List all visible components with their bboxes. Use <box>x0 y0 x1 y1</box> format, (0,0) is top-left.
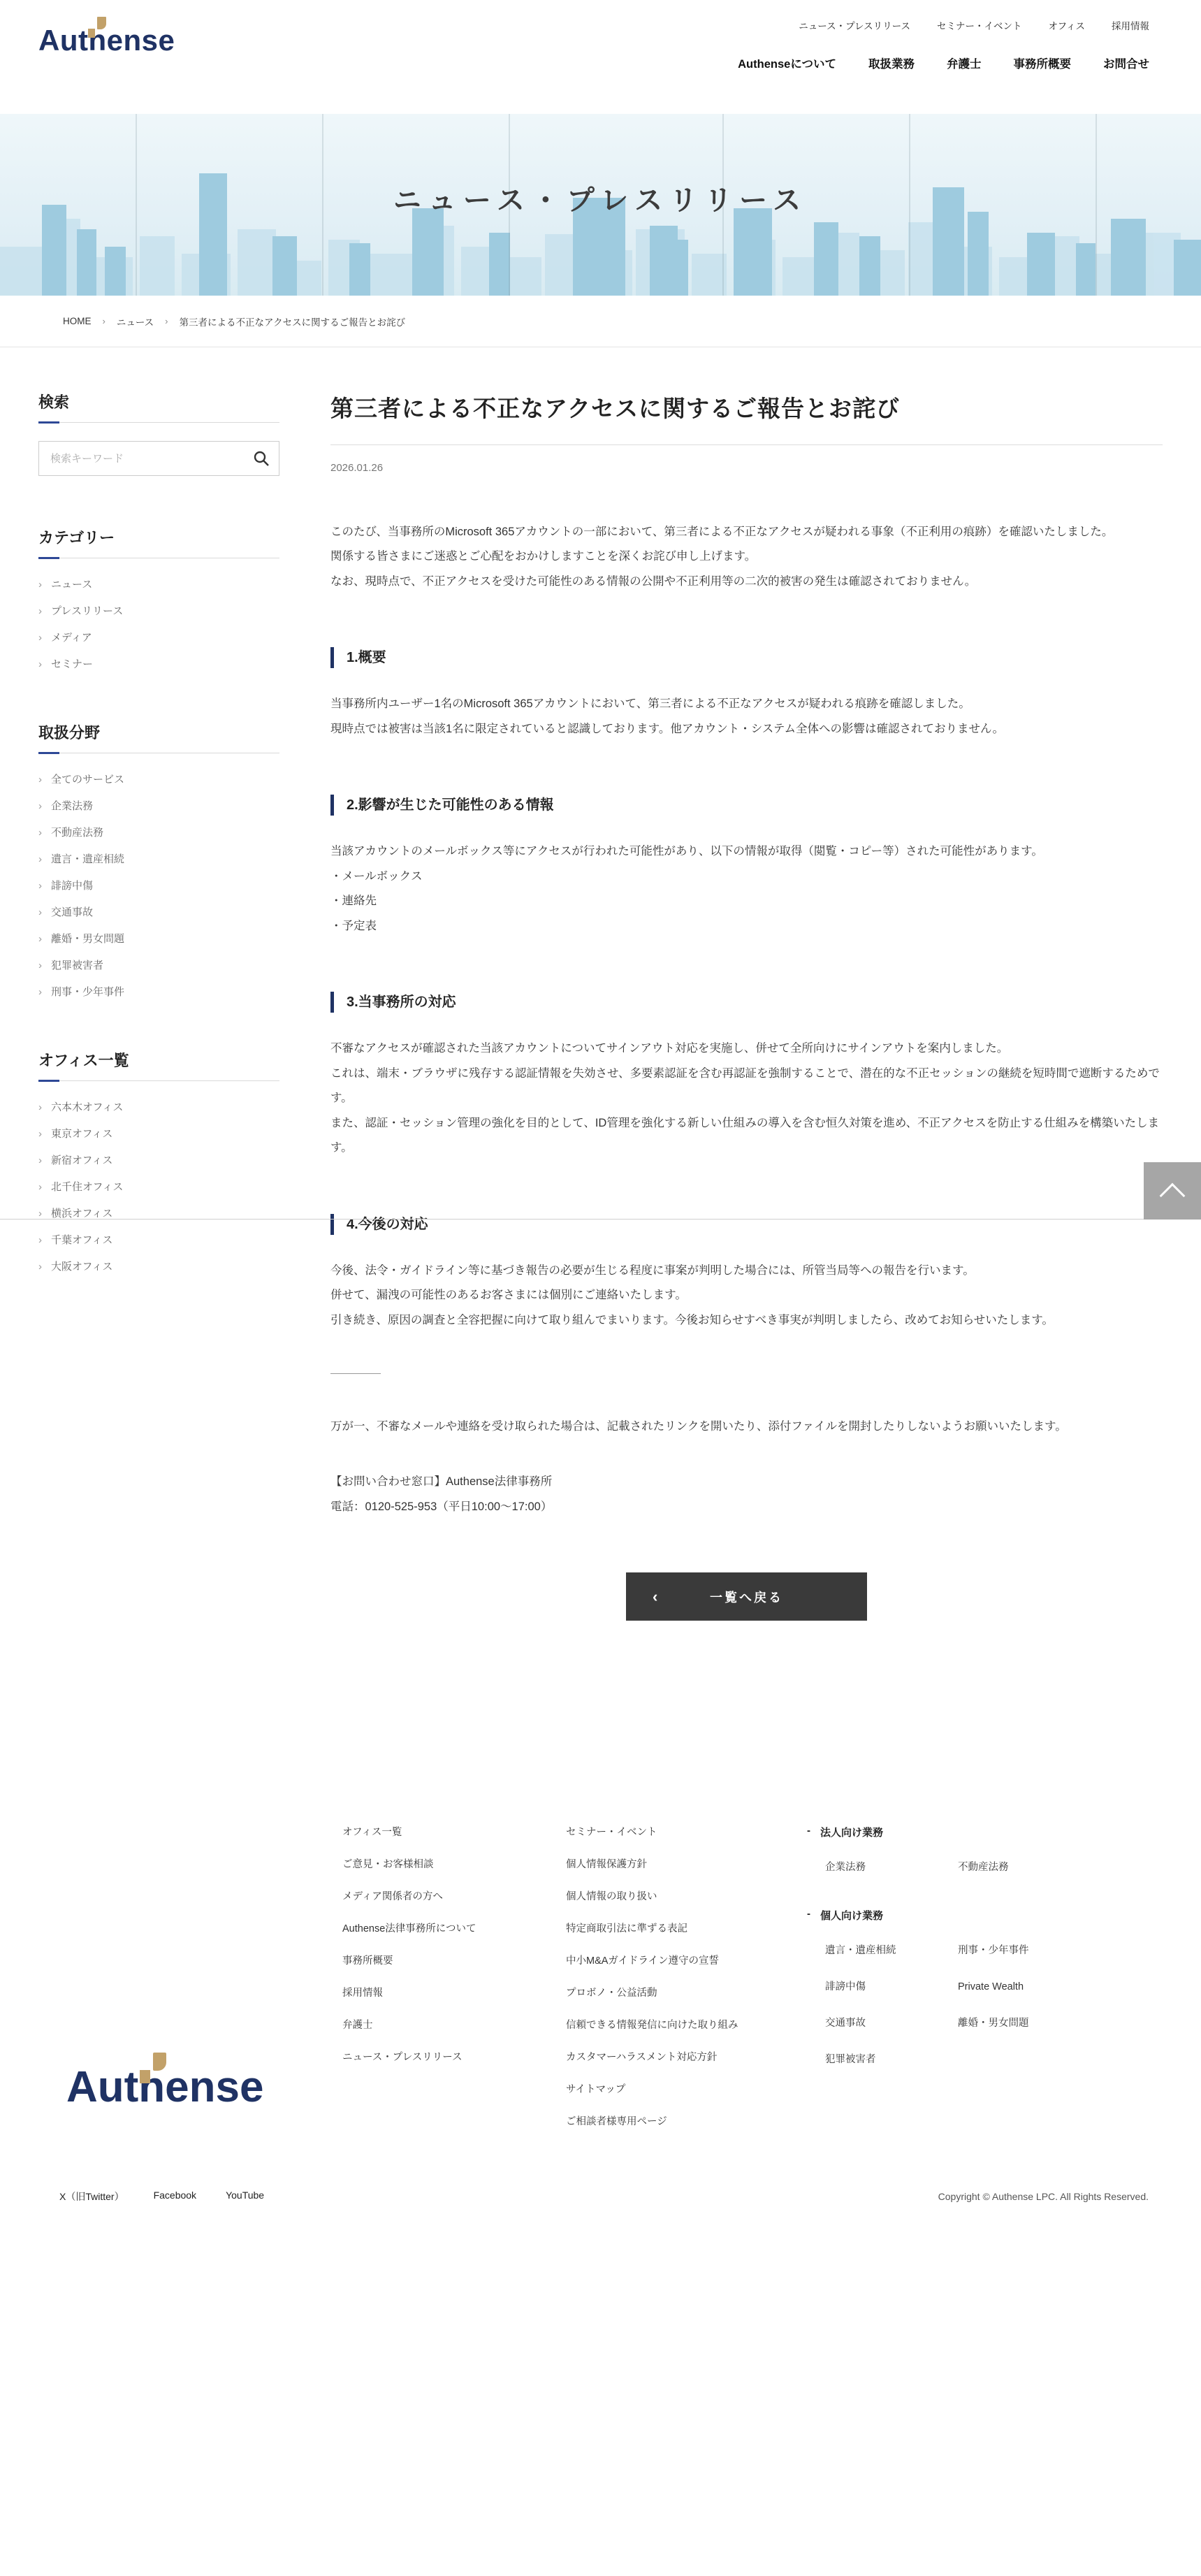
divider <box>38 422 279 423</box>
footer-link[interactable]: プロボノ・公益活動 <box>566 1985 807 2001</box>
contact-line: 電話：0120-525-953（平日10:00〜17:00） <box>330 1495 1163 1519</box>
chevron-right-icon: › <box>38 986 42 998</box>
sidebar-search-heading: 検索 <box>38 391 279 412</box>
contact-line: 【お問い合わせ窓口】Authense法律事務所 <box>330 1470 1163 1494</box>
breadcrumb-separator: › <box>165 316 168 326</box>
divider-accent <box>38 752 59 754</box>
footer-group-title: 法人向け業務 <box>820 1825 883 1839</box>
footer-link[interactable]: 弁護士 <box>342 2018 566 2033</box>
footer-link[interactable]: ご相談者様専用ページ <box>566 2114 807 2129</box>
office-list: ›六本木オフィス ›東京オフィス ›新宿オフィス ›北千住オフィス ›横浜オフィ… <box>38 1099 279 1273</box>
sidebar-search-block: 検索 <box>38 391 279 476</box>
footer-link[interactable]: Private Wealth <box>958 1980 1149 1994</box>
logo-accent-square <box>88 29 95 38</box>
article-date: 2026.01.26 <box>330 462 1163 474</box>
footer-logo-column: Authense <box>66 1825 342 2146</box>
sidebar-office-item[interactable]: ›北千住オフィス <box>38 1179 279 1194</box>
bullet-item: ・連絡先 <box>330 889 1163 913</box>
body-paragraph: 当事務所内ユーザー1名のMicrosoft 365アカウントにおいて、第三者によ… <box>330 692 1163 716</box>
divider <box>38 558 279 558</box>
sidebar-practice-item[interactable]: ›犯罪被害者 <box>38 957 279 972</box>
chevron-right-icon: › <box>38 853 42 865</box>
sidebar-categories-heading: カテゴリー <box>38 526 279 548</box>
sidebar-item-label: 千葉オフィス <box>51 1232 112 1247</box>
utility-nav-office[interactable]: オフィス <box>1048 18 1085 32</box>
sidebar-category-item[interactable]: ›プレスリリース <box>38 603 279 618</box>
section-body: 今後、法令・ガイドライン等に基づき報告の必要が生じる程度に事案が判明した場合には… <box>330 1259 1163 1333</box>
social-links: X（旧Twitter） Facebook YouTube <box>59 2190 264 2204</box>
footer-link[interactable]: サイトマップ <box>566 2082 807 2097</box>
section-heading: 3.当事務所の対応 <box>330 992 1163 1013</box>
section-heading: 4.今後の対応 <box>330 1214 1163 1235</box>
section-body: 不審なアクセスが確認された当該アカウントについてサインアウト対応を実施し、併せて… <box>330 1036 1163 1160</box>
footer-corporate-heading: - 法人向け業務 <box>807 1825 1149 1839</box>
main-nav-contact[interactable]: お問合せ <box>1103 55 1149 71</box>
footer-link[interactable]: 犯罪被害者 <box>825 2053 949 2067</box>
sidebar-office-item[interactable]: ›横浜オフィス <box>38 1206 279 1220</box>
footer-link[interactable]: ニュース・プレスリリース <box>342 2050 566 2065</box>
divider-accent <box>38 421 59 424</box>
search-icon <box>253 450 270 467</box>
divider-accent <box>38 557 59 559</box>
footer-link[interactable]: メディア関係者の方へ <box>342 1889 566 1904</box>
chevron-right-icon: › <box>38 960 42 971</box>
practice-list: ›全てのサービス ›企業法務 ›不動産法務 ›遺言・遺産相続 ›誹謗中傷 ›交通… <box>38 772 279 999</box>
body-paragraph: これは、端末・ブラウザに残存する認証情報を失効させ、多要素認証を含む再認証を強制… <box>330 1062 1163 1111</box>
footer-link[interactable]: 事務所概要 <box>342 1953 566 1969</box>
chevron-right-icon: › <box>38 658 42 670</box>
content-area: 検索 カテゴリー ›ニュース ›プレスリリース ›メディア ›セミナー <box>0 347 1201 1795</box>
site-header: Authense ニュース・プレスリリース セミナー・イベント オフィス 採用情… <box>0 0 1201 114</box>
category-list: ›ニュース ›プレスリリース ›メディア ›セミナー <box>38 577 279 671</box>
chevron-right-icon: › <box>38 1181 42 1193</box>
sidebar-item-label: 不動産法務 <box>51 825 103 839</box>
sidebar-practice-item[interactable]: ›誹謗中傷 <box>38 878 279 892</box>
chevron-right-icon: › <box>38 1261 42 1273</box>
sidebar-item-label: 全てのサービス <box>51 772 124 786</box>
main-nav-lawyers[interactable]: 弁護士 <box>947 55 982 71</box>
bullet-item: ・予定表 <box>330 914 1163 939</box>
sidebar-item-label: プレスリリース <box>51 603 123 618</box>
footer-link[interactable]: 中小M&Aガイドライン遵守の宣誓 <box>566 1953 807 1969</box>
sidebar-category-item[interactable]: ›セミナー <box>38 656 279 671</box>
site-footer: Authense オフィス一覧 ご意見・お客様相談 メディア関係者の方へ Aut… <box>0 1795 1201 2308</box>
sidebar-practice-block: 取扱分野 ›全てのサービス ›企業法務 ›不動産法務 ›遺言・遺産相続 ›誹謗中… <box>38 721 279 999</box>
breadcrumb-news[interactable]: ニュース <box>117 314 154 328</box>
footer-personal-links: 遺言・遺産相続 刑事・少年事件 誹謗中傷 Private Wealth 交通事故… <box>807 1944 1149 2067</box>
intro-paragraph: なお、現時点で、不正アクセスを受けた可能性のある情報の公開や不正利用等の二次的被… <box>330 570 1163 594</box>
main-nav-about[interactable]: Authenseについて <box>738 55 836 71</box>
chevron-right-icon: › <box>38 906 42 918</box>
chevron-right-icon: › <box>38 800 42 812</box>
divider <box>330 444 1163 445</box>
back-to-top-button[interactable] <box>1144 1162 1201 1220</box>
sidebar-category-item[interactable]: ›メディア <box>38 630 279 644</box>
sidebar-item-label: 刑事・少年事件 <box>51 984 124 999</box>
chevron-right-icon: › <box>38 1234 42 1246</box>
footer-link[interactable]: ご意見・お客様相談 <box>342 1857 566 1872</box>
footer-link[interactable]: カスタマーハラスメント対応方針 <box>566 2050 807 2065</box>
sidebar-item-label: 離婚・男女問題 <box>51 931 124 946</box>
section-overview: 1.概要 当事務所内ユーザー1名のMicrosoft 365アカウントにおいて、… <box>330 647 1163 741</box>
hero-banner: ニュース・プレスリリース <box>0 114 1201 296</box>
dash-icon: - <box>807 1908 810 1923</box>
chevron-right-icon: › <box>38 632 42 644</box>
section-future: 4.今後の対応 今後、法令・ガイドライン等に基づき報告の必要が生じる程度に事案が… <box>330 1214 1163 1333</box>
main-nav-overview[interactable]: 事務所概要 <box>1014 55 1072 71</box>
footer-logo[interactable]: Authense <box>66 2062 263 2112</box>
body-paragraph: また、認証・セッション管理の強化を目的として、ID管理を強化する新しい仕組みの導… <box>330 1111 1163 1161</box>
footer-link[interactable]: オフィス一覧 <box>342 1825 566 1840</box>
sidebar-office-item[interactable]: ›東京オフィス <box>38 1126 279 1141</box>
sidebar-item-label: 犯罪被害者 <box>51 957 103 972</box>
divider <box>0 1219 1201 1220</box>
divider-accent <box>38 1080 59 1082</box>
intro-paragraph: このたび、当事務所のMicrosoft 365アカウントの一部において、第三者に… <box>330 520 1163 544</box>
divider <box>38 1080 279 1081</box>
page-title: ニュース・プレスリリース <box>0 178 1201 218</box>
social-link-facebook[interactable]: Facebook <box>154 2190 196 2204</box>
sidebar-item-label: ニュース <box>51 577 92 591</box>
section-heading: 2.影響が生じた可能性のある情報 <box>330 795 1163 816</box>
sidebar-practice-item[interactable]: ›企業法務 <box>38 798 279 813</box>
utility-nav-recruit[interactable]: 採用情報 <box>1112 18 1149 32</box>
footer-corporate-links: 企業法務 不動産法務 <box>807 1860 1149 1874</box>
sidebar-practice-heading: 取扱分野 <box>38 721 279 743</box>
body-paragraph: 現時点では被害は当該1名に限定されていると認識しております。他アカウント・システ… <box>330 717 1163 741</box>
article: 第三者による不正なアクセスに関するご報告とお詫び 2026.01.26 このたび… <box>279 391 1163 1621</box>
footer-link[interactable]: 刑事・少年事件 <box>958 1944 1149 1958</box>
body-paragraph: 不審なアクセスが確認された当該アカウントについてサインアウト対応を実施し、併せて… <box>330 1036 1163 1061</box>
header-nav-area: ニュース・プレスリリース セミナー・イベント オフィス 採用情報 Authens… <box>738 18 1149 71</box>
footer-business-column: - 法人向け業務 企業法務 不動産法務 - 個人向け業務 遺言・遺産相続 刑事・… <box>807 1825 1149 2146</box>
sidebar-item-label: セミナー <box>51 656 93 671</box>
footer-logo-text: Authense <box>66 2063 263 2111</box>
footer-link[interactable]: 遺言・遺産相続 <box>825 1944 949 1958</box>
utility-nav: ニュース・プレスリリース セミナー・イベント オフィス 採用情報 <box>738 18 1149 32</box>
sidebar-item-label: 横浜オフィス <box>51 1206 112 1220</box>
body-paragraph: 引き続き、原因の調査と全容把握に向けて取り組んでまいります。今後お知らせすべき事… <box>330 1308 1163 1333</box>
contact-block: 【お問い合わせ窓口】Authense法律事務所 電話：0120-525-953（… <box>330 1470 1163 1519</box>
sidebar-item-label: 交通事故 <box>51 904 93 919</box>
main-nav-services[interactable]: 取扱業務 <box>868 55 915 71</box>
chevron-right-icon: › <box>38 774 42 786</box>
utility-nav-seminar[interactable]: セミナー・イベント <box>937 18 1022 32</box>
footer-link[interactable]: 個人情報保護方針 <box>566 1857 807 1872</box>
chevron-right-icon: › <box>38 605 42 617</box>
sidebar-item-label: メディア <box>51 630 92 644</box>
logo-accent-square <box>140 2070 150 2083</box>
sidebar-item-label: 企業法務 <box>51 798 93 813</box>
chevron-right-icon: › <box>38 1208 42 1220</box>
body-paragraph: 今後、法令・ガイドライン等に基づき報告の必要が生じる程度に事案が判明した場合には… <box>330 1259 1163 1283</box>
chevron-left-icon: ‹ <box>653 1588 660 1606</box>
footer-group-title: 個人向け業務 <box>820 1908 883 1923</box>
copyright-text: Copyright © Authense LPC. All Rights Res… <box>938 2191 1149 2202</box>
breadcrumb-home[interactable]: HOME <box>63 316 92 326</box>
sidebar-item-label: 六本木オフィス <box>51 1099 123 1114</box>
site-logo[interactable]: Authense <box>38 24 175 57</box>
sidebar-categories-block: カテゴリー ›ニュース ›プレスリリース ›メディア ›セミナー <box>38 526 279 671</box>
sidebar-item-label: 誹謗中傷 <box>51 878 93 892</box>
divider <box>38 753 279 753</box>
footer-link[interactable]: 離婚・男女問題 <box>958 2016 1149 2030</box>
sidebar-practice-item[interactable]: ›遺言・遺産相続 <box>38 851 279 866</box>
section-body: 当事務所内ユーザー1名のMicrosoft 365アカウントにおいて、第三者によ… <box>330 692 1163 741</box>
sidebar-practice-item[interactable]: ›交通事故 <box>38 904 279 919</box>
search-input[interactable] <box>38 441 279 476</box>
sidebar-practice-item[interactable]: ›全てのサービス <box>38 772 279 786</box>
sidebar-offices-heading: オフィス一覧 <box>38 1049 279 1071</box>
body-paragraph: 併せて、漏洩の可能性のあるお客さまには個別にご連絡いたします。 <box>330 1283 1163 1308</box>
sidebar-practice-item[interactable]: ›不動産法務 <box>38 825 279 839</box>
dash-icon: - <box>807 1825 810 1839</box>
sidebar-item-label: 遺言・遺産相続 <box>51 851 124 866</box>
body-paragraph: 当該アカウントのメールボックス等にアクセスが行われた可能性があり、以下の情報が取… <box>330 839 1163 864</box>
chevron-right-icon: › <box>38 1155 42 1166</box>
sidebar-category-item[interactable]: ›ニュース <box>38 577 279 591</box>
sidebar-office-item[interactable]: ›大阪オフィス <box>38 1259 279 1273</box>
sidebar-office-item[interactable]: ›新宿オフィス <box>38 1152 279 1167</box>
footer-link[interactable]: 採用情報 <box>342 1985 566 2001</box>
footer-columns: Authense オフィス一覧 ご意見・お客様相談 メディア関係者の方へ Aut… <box>0 1795 1201 2146</box>
sidebar-practice-item[interactable]: ›刑事・少年事件 <box>38 984 279 999</box>
footer-link[interactable]: 交通事故 <box>825 2016 949 2030</box>
social-link-youtube[interactable]: YouTube <box>226 2190 264 2204</box>
back-to-list-label: 一覧へ戻る <box>710 1588 783 1606</box>
footer-link[interactable]: 誹謗中傷 <box>825 1980 949 1994</box>
section-heading: 1.概要 <box>330 647 1163 668</box>
sidebar-practice-item[interactable]: ›離婚・男女問題 <box>38 931 279 946</box>
footer-personal-heading: - 個人向け業務 <box>807 1908 1149 1923</box>
utility-nav-news[interactable]: ニュース・プレスリリース <box>799 18 910 32</box>
chevron-right-icon: › <box>38 1101 42 1113</box>
back-to-list-button[interactable]: ‹ 一覧へ戻る <box>626 1572 867 1621</box>
footer-link[interactable]: 信頼できる情報発信に向けた取り組み <box>566 2018 807 2033</box>
chevron-right-icon: › <box>38 880 42 892</box>
section-body: 当該アカウントのメールボックス等にアクセスが行われた可能性があり、以下の情報が取… <box>330 839 1163 939</box>
breadcrumb-separator: › <box>103 316 105 326</box>
divider <box>330 1373 381 1374</box>
chevron-up-icon <box>1160 1183 1186 1209</box>
sidebar-item-label: 大阪オフィス <box>51 1259 112 1273</box>
article-intro: このたび、当事務所のMicrosoft 365アカウントの一部において、第三者に… <box>330 520 1163 594</box>
sidebar: 検索 カテゴリー ›ニュース ›プレスリリース ›メディア ›セミナー <box>38 391 279 1621</box>
breadcrumb-current: 第三者による不正なアクセスに関するご報告とお詫び <box>180 314 406 328</box>
notice-paragraph: 万が一、不審なメールや連絡を受け取られた場合は、記載されたリンクを開いたり、添付… <box>330 1414 1163 1439</box>
footer-bottom-bar: X（旧Twitter） Facebook YouTube Copyright ©… <box>0 2146 1201 2308</box>
social-link-x[interactable]: X（旧Twitter） <box>59 2190 124 2204</box>
article-title: 第三者による不正なアクセスに関するご報告とお詫び <box>330 391 1163 424</box>
section-affected-info: 2.影響が生じた可能性のある情報 当該アカウントのメールボックス等にアクセスが行… <box>330 795 1163 939</box>
intro-paragraph: 関係する皆さまにご迷惑とご心配をおかけしますことを深くお詫び申し上げます。 <box>330 544 1163 569</box>
footer-link[interactable]: 個人情報の取り扱い <box>566 1889 807 1904</box>
chevron-right-icon: › <box>38 1128 42 1140</box>
bullet-item: ・メールボックス <box>330 864 1163 889</box>
chevron-right-icon: › <box>38 827 42 839</box>
main-nav: Authenseについて 取扱業務 弁護士 事務所概要 お問合せ <box>738 55 1149 71</box>
search-button[interactable] <box>246 444 277 473</box>
sidebar-item-label: 新宿オフィス <box>51 1152 112 1167</box>
sidebar-item-label: 北千住オフィス <box>51 1179 123 1194</box>
footer-nav-column-2: セミナー・イベント 個人情報保護方針 個人情報の取り扱い 特定商取引法に準ずる表… <box>566 1825 807 2146</box>
sidebar-office-item[interactable]: ›六本木オフィス <box>38 1099 279 1114</box>
footer-nav-column-1: オフィス一覧 ご意見・お客様相談 メディア関係者の方へ Authense法律事務… <box>342 1825 566 2146</box>
site-logo-text: Authense <box>38 24 175 57</box>
breadcrumb: HOME › ニュース › 第三者による不正なアクセスに関するご報告とお詫び <box>0 296 1201 347</box>
footer-link[interactable]: セミナー・イベント <box>566 1825 807 1840</box>
sidebar-offices-block: オフィス一覧 ›六本木オフィス ›東京オフィス ›新宿オフィス ›北千住オフィス… <box>38 1049 279 1273</box>
chevron-right-icon: › <box>38 579 42 591</box>
footer-link[interactable]: 不動産法務 <box>958 1860 1149 1874</box>
footer-link[interactable]: 企業法務 <box>825 1860 949 1874</box>
footer-link[interactable]: Authense法律事務所について <box>342 1921 566 1937</box>
footer-link[interactable]: 特定商取引法に準ずる表記 <box>566 1921 807 1937</box>
article-notice: 万が一、不審なメールや連絡を受け取られた場合は、記載されたリンクを開いたり、添付… <box>330 1414 1163 1439</box>
search-row <box>38 441 279 476</box>
sidebar-item-label: 東京オフィス <box>51 1126 112 1141</box>
section-response: 3.当事務所の対応 不審なアクセスが確認された当該アカウントについてサインアウト… <box>330 992 1163 1160</box>
sidebar-office-item[interactable]: ›千葉オフィス <box>38 1232 279 1247</box>
chevron-right-icon: › <box>38 933 42 945</box>
